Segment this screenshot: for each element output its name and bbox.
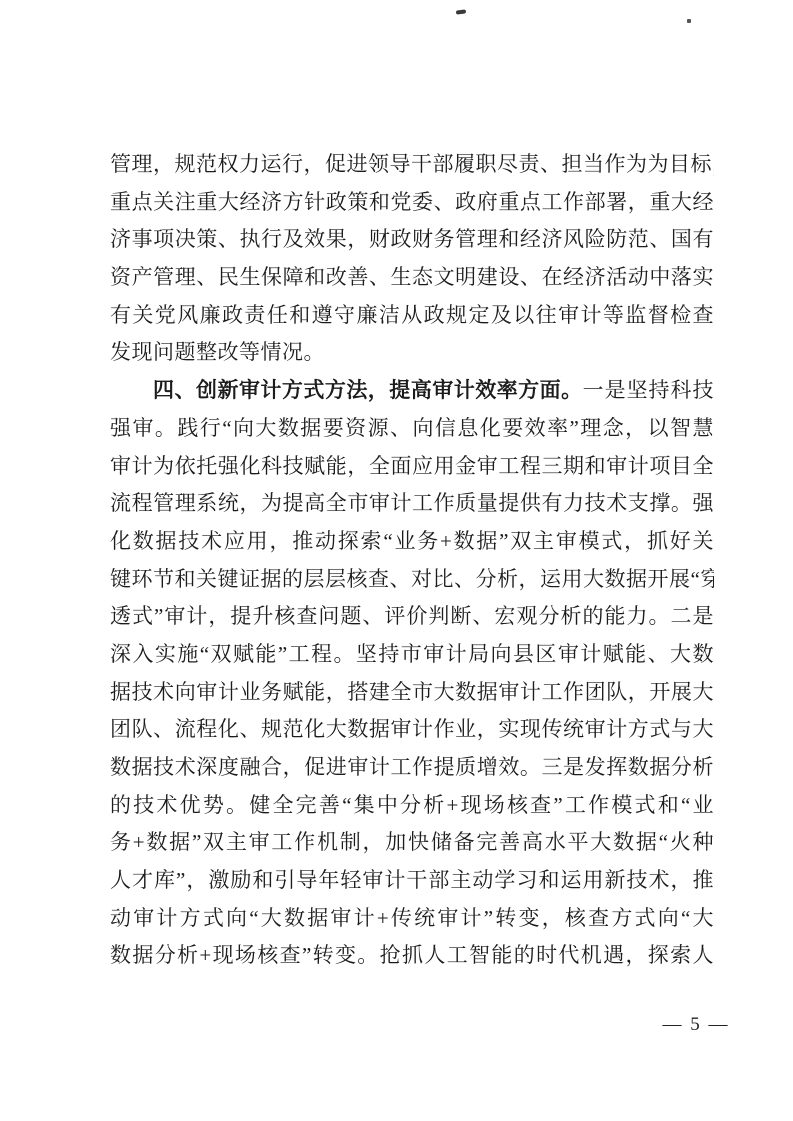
scan-artifact-speck xyxy=(456,9,466,14)
document-page: 管理，规范权力运行，促进领导干部履职尽责、担当作为为目标，重点关注重大经济方针政… xyxy=(0,0,793,1121)
body-text: 键环节和关键证据的层层核查、对比、分析，运用大数据开展“穿 xyxy=(110,567,714,591)
text-line: 数据技术深度融合，促进审计工作提质增效。三是发挥数据分析 xyxy=(110,749,714,787)
page-number: — 5 — xyxy=(648,1014,744,1036)
text-line: 键环节和关键证据的层层核查、对比、分析，运用大数据开展“穿 xyxy=(110,561,714,599)
body-text: 团队、流程化、规范化大数据审计作业，实现传统审计方式与大 xyxy=(110,717,714,741)
scan-artifact-speck xyxy=(687,19,691,23)
body-text: 的技术优势。健全完善“集中分析+现场核查”工作模式和“业 xyxy=(110,793,714,817)
text-line: 强审。践行“向大数据要资源、向信息化要效率”理念，以智慧 xyxy=(110,410,714,448)
text-line: 审计为依托强化科技赋能，全面应用金审工程三期和审计项目全 xyxy=(110,448,714,486)
text-line: 发现问题整改等情况。 xyxy=(110,334,714,372)
text-line: 的技术优势。健全完善“集中分析+现场核查”工作模式和“业 xyxy=(110,787,714,825)
body-text: 有关党风廉政责任和遵守廉洁从政规定及以往审计等监督检查 xyxy=(110,303,714,327)
body-text: 管理，规范权力运行，促进领导干部履职尽责、担当作为为目标， xyxy=(110,152,714,176)
body-text: 数据技术深度融合，促进审计工作提质增效。三是发挥数据分析 xyxy=(110,755,714,779)
body-text: 一是坚持科技 xyxy=(583,378,714,402)
body-text: 务+数据”双主审工作机制，加快储备完善高水平大数据“火种 xyxy=(110,830,714,854)
body-text: 强审。践行“向大数据要资源、向信息化要效率”理念，以智慧 xyxy=(110,416,714,440)
body-text: 流程管理系统，为提高全市审计工作质量提供有力技术支撑。强 xyxy=(110,491,714,515)
text-line: 务+数据”双主审工作机制，加快储备完善高水平大数据“火种 xyxy=(110,824,714,862)
text-line: 资产管理、民生保障和改善、生态文明建设、在经济活动中落实 xyxy=(110,259,714,297)
body-text: 重点关注重大经济方针政策和党委、政府重点工作部署，重大经 xyxy=(110,190,714,214)
text-line: 动审计方式向“大数据审计+传统审计”转变，核查方式向“大 xyxy=(110,900,714,938)
body-text: 数据分析+现场核查”转变。抢抓人工智能的时代机遇，探索人 xyxy=(110,943,714,967)
text-line: 据技术向审计业务赋能，搭建全市大数据审计工作团队，开展大 xyxy=(110,674,714,712)
body-text: 资产管理、民生保障和改善、生态文明建设、在经济活动中落实 xyxy=(110,265,714,289)
body-text: 据技术向审计业务赋能，搭建全市大数据审计工作团队，开展大 xyxy=(110,680,714,704)
text-line: 深入实施“双赋能”工程。坚持市审计局向县区审计赋能、大数 xyxy=(110,636,714,674)
body-text: 审计为依托强化科技赋能，全面应用金审工程三期和审计项目全 xyxy=(110,454,714,478)
text-line: 济事项决策、执行及效果，财政财务管理和经济风险防范、国有 xyxy=(110,221,714,259)
text-line: 人才库”，激励和引导年轻审计干部主动学习和运用新技术，推 xyxy=(110,862,714,900)
body-text: 化数据技术应用，推动探索“业务+数据”双主审模式，抓好关 xyxy=(110,529,714,553)
text-line: 管理，规范权力运行，促进领导干部履职尽责、担当作为为目标， xyxy=(110,146,714,184)
body-text: 透式”审计，提升核查问题、评价判断、宏观分析的能力。二是 xyxy=(110,604,714,628)
text-line: 化数据技术应用，推动探索“业务+数据”双主审模式，抓好关 xyxy=(110,523,714,561)
body-text: 发现问题整改等情况。 xyxy=(110,340,325,364)
body-text: 济事项决策、执行及效果，财政财务管理和经济风险防范、国有 xyxy=(110,227,714,251)
text-line: 重点关注重大经济方针政策和党委、政府重点工作部署，重大经 xyxy=(110,184,714,222)
text-line: 团队、流程化、规范化大数据审计作业，实现传统审计方式与大 xyxy=(110,711,714,749)
text-line: 流程管理系统，为提高全市审计工作质量提供有力技术支撑。强 xyxy=(110,485,714,523)
body-text: 深入实施“双赋能”工程。坚持市审计局向县区审计赋能、大数 xyxy=(110,642,714,666)
text-line: 透式”审计，提升核查问题、评价判断、宏观分析的能力。二是 xyxy=(110,598,714,636)
section-heading: 四、创新审计方式方法，提高审计效率方面。 xyxy=(153,379,583,402)
text-block: 管理，规范权力运行，促进领导干部履职尽责、担当作为为目标，重点关注重大经济方针政… xyxy=(110,146,714,975)
body-text: 人才库”，激励和引导年轻审计干部主动学习和运用新技术，推 xyxy=(110,868,714,892)
text-line: 有关党风廉政责任和遵守廉洁从政规定及以往审计等监督检查 xyxy=(110,297,714,335)
text-line: 数据分析+现场核查”转变。抢抓人工智能的时代机遇，探索人 xyxy=(110,937,714,975)
body-text: 动审计方式向“大数据审计+传统审计”转变，核查方式向“大 xyxy=(110,906,714,930)
text-line: 四、创新审计方式方法，提高审计效率方面。一是坚持科技 xyxy=(110,372,714,410)
